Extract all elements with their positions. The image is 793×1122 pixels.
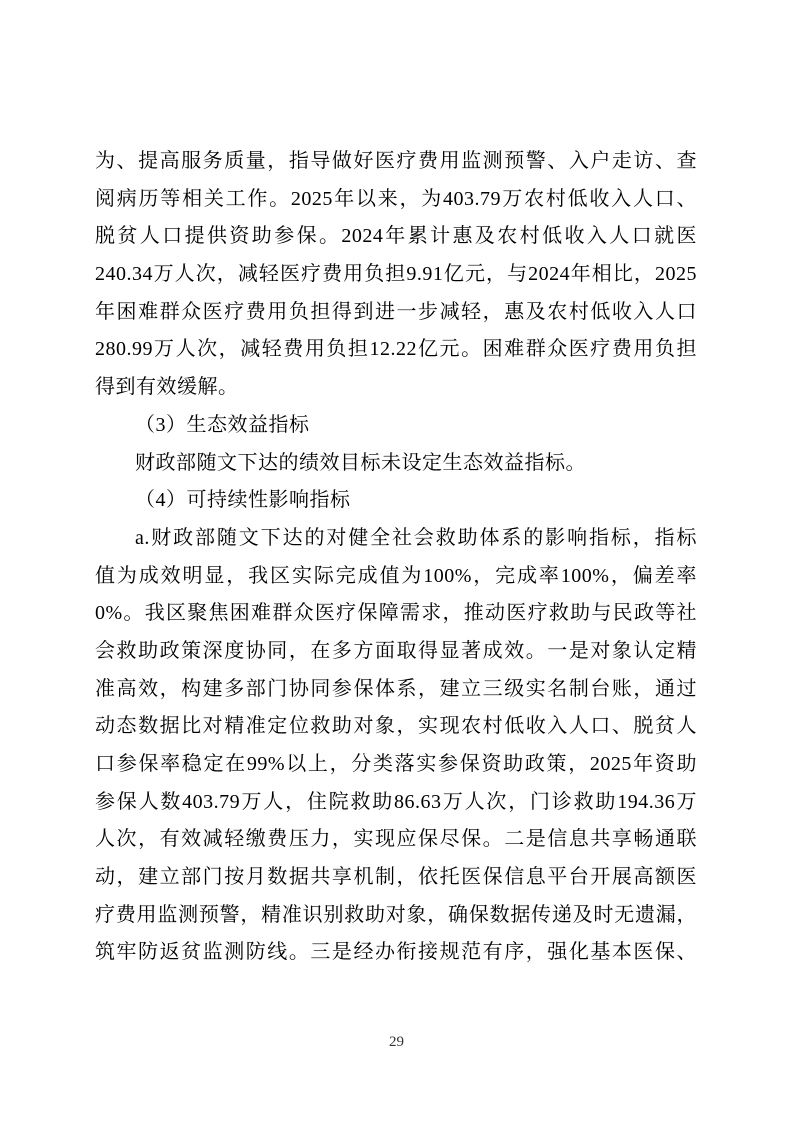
- page-number: 29: [0, 1034, 793, 1051]
- text-line: 0%。我区聚焦困难群众医疗保障需求，推动医疗救助与民政等社: [95, 595, 697, 633]
- text-line: 脱贫人口提供资助参保。2024年累计惠及农村低收入人口就医: [95, 218, 697, 256]
- text-line: 动态数据比对精准定位救助对象，实现农村低收入人口、脱贫人: [95, 708, 697, 746]
- text-line: 为、提高服务质量，指导做好医疗费用监测预警、入户走访、查: [95, 143, 697, 181]
- body-text: 为、提高服务质量，指导做好医疗费用监测预警、入户走访、查 阅病历等相关工作。20…: [95, 143, 697, 972]
- section-heading: （4）可持续性影响指标: [95, 482, 697, 520]
- text-line: 240.34万人次，减轻医疗费用负担9.91亿元，与2024年相比，2025: [95, 256, 697, 294]
- text-line: 口参保率稳定在99%以上，分类落实参保资助政策，2025年资助: [95, 746, 697, 784]
- text-line: 值为成效明显，我区实际完成值为100%，完成率100%，偏差率: [95, 558, 697, 596]
- text-line: 年困难群众医疗费用负担得到进一步减轻，惠及农村低收入人口: [95, 294, 697, 332]
- text-line: 280.99万人次，减轻费用负担12.22亿元。困难群众医疗费用负担: [95, 331, 697, 369]
- text-line: 动，建立部门按月数据共享机制，依托医保信息平台开展高额医: [95, 859, 697, 897]
- text-line: 疗费用监测预警，精准识别救助对象，确保数据传递及时无遗漏，: [95, 897, 697, 935]
- text-line: 准高效，构建多部门协同参保体系，建立三级实名制台账，通过: [95, 671, 697, 709]
- section-heading: （3）生态效益指标: [95, 407, 697, 445]
- document-page: 为、提高服务质量，指导做好医疗费用监测预警、入户走访、查 阅病历等相关工作。20…: [0, 0, 793, 1122]
- text-line: 人次，有效减轻缴费压力，实现应保尽保。二是信息共享畅通联: [95, 821, 697, 859]
- text-line: 参保人数403.79万人，住院救助86.63万人次，门诊救助194.36万: [95, 784, 697, 822]
- text-line: 会救助政策深度协同，在多方面取得显著成效。一是对象认定精: [95, 633, 697, 671]
- text-line: 得到有效缓解。: [95, 369, 697, 407]
- text-line: 阅病历等相关工作。2025年以来，为403.79万农村低收入人口、: [95, 181, 697, 219]
- text-line: 筑牢防返贫监测防线。三是经办衔接规范有序，强化基本医保、: [95, 934, 697, 972]
- text-line: a.财政部随文下达的对健全社会救助体系的影响指标，指标: [95, 520, 697, 558]
- text-line: 财政部随文下达的绩效目标未设定生态效益指标。: [95, 445, 697, 483]
